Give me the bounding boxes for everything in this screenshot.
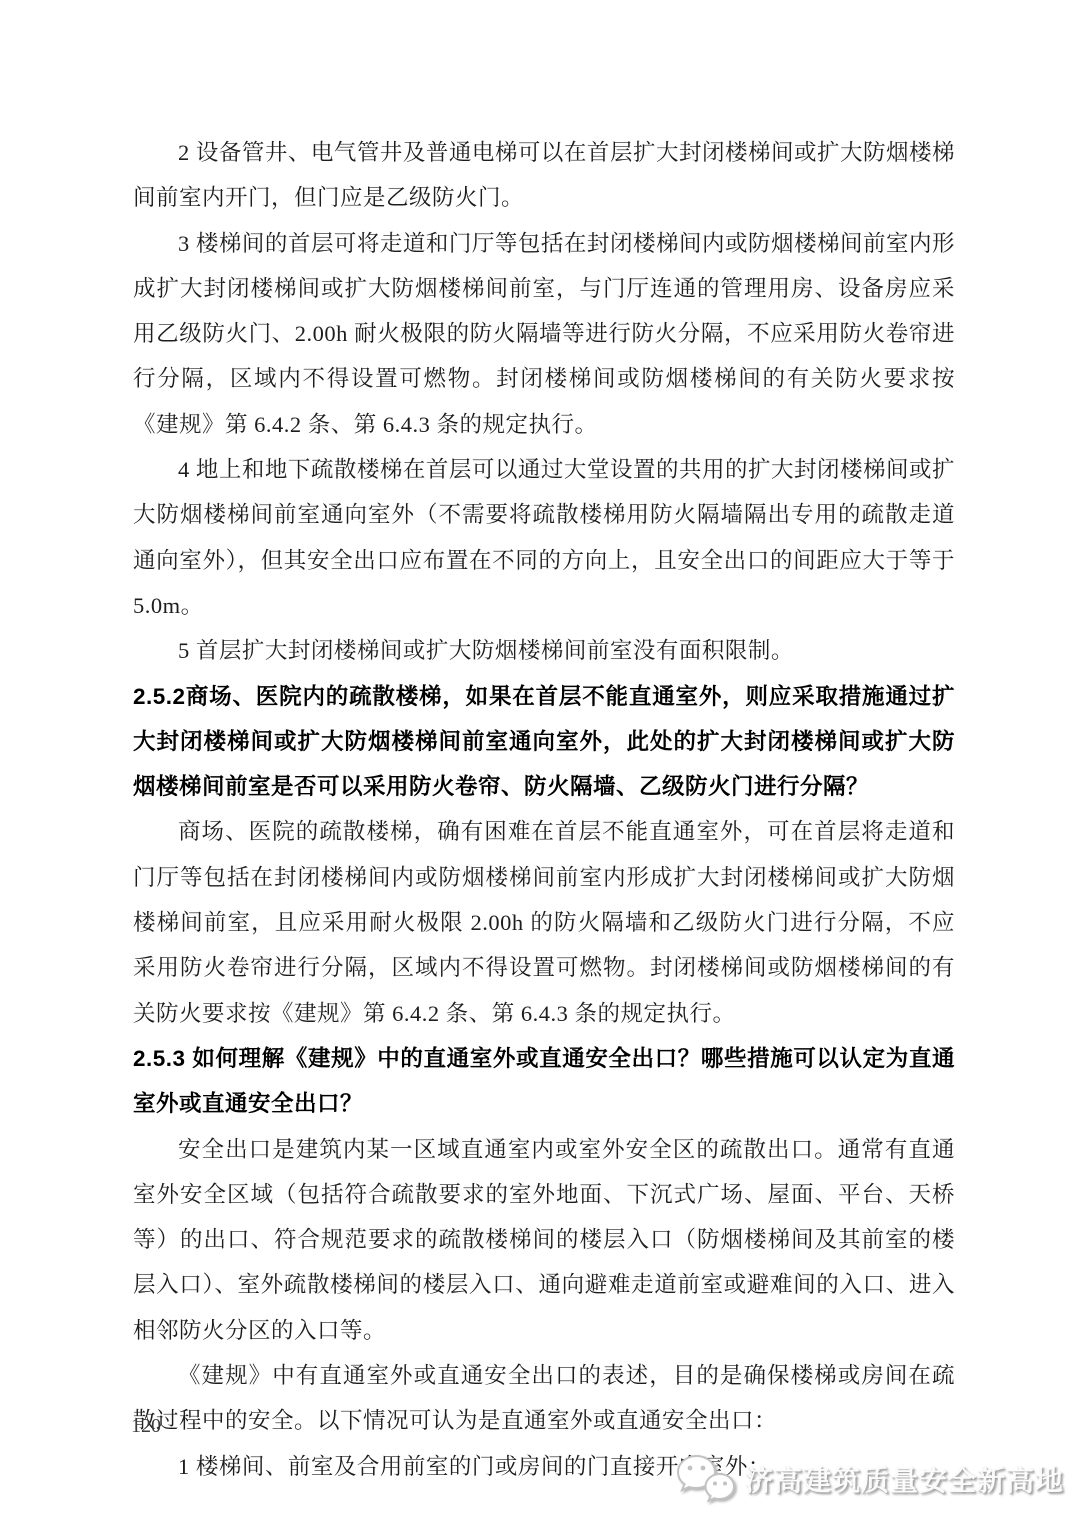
watermark-text: 济高建筑质量安全新高地 <box>745 1459 1064 1499</box>
section-heading-2-5-2: 2.5.2商场、医院内的疏散楼梯，如果在首层不能直通室外，则应采取措施通过扩大封… <box>133 674 955 810</box>
watermark: 济高建筑质量安全新高地 <box>675 1453 1064 1505</box>
paragraph-answer-253b: 《建规》中有直通室外或直通安全出口的表述，目的是确保楼梯或房间在疏散过程中的安全… <box>133 1353 955 1444</box>
section-heading-2-5-3: 2.5.3 如何理解《建规》中的直通室外或直通安全出口？哪些措施可以认定为直通室… <box>133 1036 955 1127</box>
paragraph-item-4: 4 地上和地下疏散楼梯在首层可以通过大堂设置的共用的扩大封闭楼梯间或扩大防烟楼梯… <box>133 447 955 628</box>
paragraph-item-2: 2 设备管井、电气管井及普通电梯可以在首层扩大封闭楼梯间或扩大防烟楼梯间前室内开… <box>133 130 955 221</box>
document-body: 2 设备管井、电气管井及普通电梯可以在首层扩大封闭楼梯间或扩大防烟楼梯间前室内开… <box>133 130 955 1489</box>
paragraph-item-3: 3 楼梯间的首层可将走道和门厅等包括在封闭楼梯间内或防烟楼梯间前室内形成扩大封闭… <box>133 221 955 447</box>
page-number: 120 <box>131 1415 161 1438</box>
document-page: 2 设备管井、电气管井及普通电梯可以在首层扩大封闭楼梯间或扩大防烟楼梯间前室内开… <box>0 0 1080 1527</box>
paragraph-item-5: 5 首层扩大封闭楼梯间或扩大防烟楼梯间前室没有面积限制。 <box>133 628 955 673</box>
wechat-icon <box>675 1453 737 1505</box>
paragraph-answer-252: 商场、医院的疏散楼梯，确有困难在首层不能直通室外，可在首层将走道和门厅等包括在封… <box>133 809 955 1035</box>
paragraph-answer-253a: 安全出口是建筑内某一区域直通室内或室外安全区的疏散出口。通常有直通室外安全区域（… <box>133 1127 955 1353</box>
